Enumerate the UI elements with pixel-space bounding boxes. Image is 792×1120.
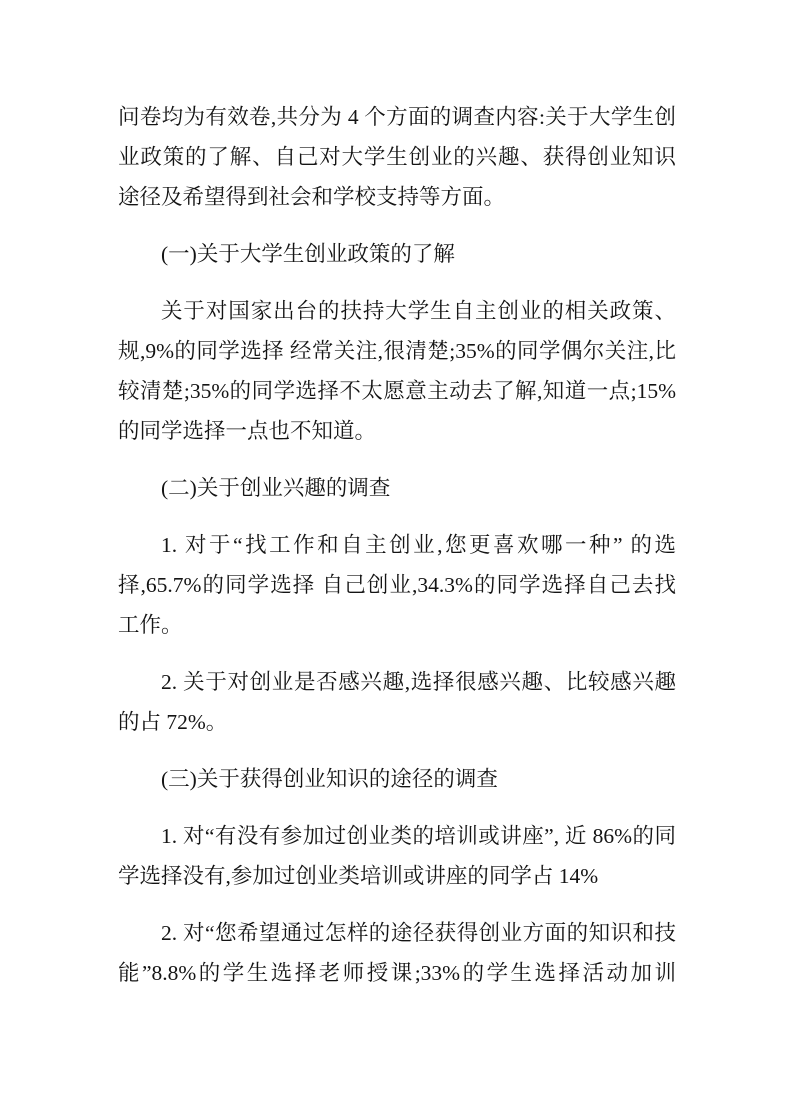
text-line: 规,9%的同学选择 经常关注,很清楚;35%的同学偶尔关注,比 (118, 331, 676, 371)
text-line: 学选择没有,参加过创业类培训或讲座的同学占 14% (118, 856, 676, 896)
paragraph-intro: 问卷均为有效卷,共分为 4 个方面的调查内容:关于大学生创 业政策的了解、自己对… (118, 97, 676, 217)
text-line: 的同学选择一点也不知道。 (118, 411, 676, 451)
text-line: 能”8.8%的学生选择老师授课;33%的学生选择活动加训练;55% (118, 953, 676, 993)
text-line: 2. 对“您希望通过怎样的途径获得创业方面的知识和技 (118, 913, 676, 953)
text-line: 关于对国家出台的扶持大学生自主创业的相关政策、法 (118, 291, 676, 331)
paragraph-knowledge-channels: 2. 对“您希望通过怎样的途径获得创业方面的知识和技 能”8.8%的学生选择老师… (118, 913, 676, 993)
text-line: 途径及希望得到社会和学校支持等方面。 (118, 177, 676, 217)
section-heading-2: (二)关于创业兴趣的调查 (118, 468, 676, 508)
paragraph-job-vs-startup: 1. 对于“找工作和自主创业,您更喜欢哪一种” 的选 择,65.7%的同学选择 … (118, 525, 676, 645)
paragraph-interest-level: 2. 关于对创业是否感兴趣,选择很感兴趣、比较感兴趣 的占 72%。 (118, 662, 676, 742)
text-line: 1. 对“有没有参加过创业类的培训或讲座”, 近 86%的同 (118, 816, 676, 856)
text-line: 的占 72%。 (118, 702, 676, 742)
text-line: 1. 对于“找工作和自主创业,您更喜欢哪一种” 的选 (118, 525, 676, 565)
section-heading-3: (三)关于获得创业知识的途径的调查 (118, 759, 676, 799)
text-line: 2. 关于对创业是否感兴趣,选择很感兴趣、比较感兴趣 (118, 662, 676, 702)
text-line: 择,65.7%的同学选择 自己创业,34.3%的同学选择自己去找 (118, 565, 676, 605)
document-page: 问卷均为有效卷,共分为 4 个方面的调查内容:关于大学生创 业政策的了解、自己对… (0, 0, 792, 1120)
heading-line: (三)关于获得创业知识的途径的调查 (118, 759, 676, 799)
text-line: 业政策的了解、自己对大学生创业的兴趣、获得创业知识的 (118, 137, 676, 177)
text-line: 工作。 (118, 605, 676, 645)
section-heading-1: (一)关于大学生创业政策的了解 (118, 234, 676, 274)
text-line: 较清楚;35%的同学选择不太愿意主动去了解,知道一点;15% (118, 371, 676, 411)
heading-line: (二)关于创业兴趣的调查 (118, 468, 676, 508)
text-line: 问卷均为有效卷,共分为 4 个方面的调查内容:关于大学生创 (118, 97, 676, 137)
heading-line: (一)关于大学生创业政策的了解 (118, 234, 676, 274)
paragraph-training-attendance: 1. 对“有没有参加过创业类的培训或讲座”, 近 86%的同 学选择没有,参加过… (118, 816, 676, 896)
paragraph-policy-awareness: 关于对国家出台的扶持大学生自主创业的相关政策、法 规,9%的同学选择 经常关注,… (118, 291, 676, 451)
